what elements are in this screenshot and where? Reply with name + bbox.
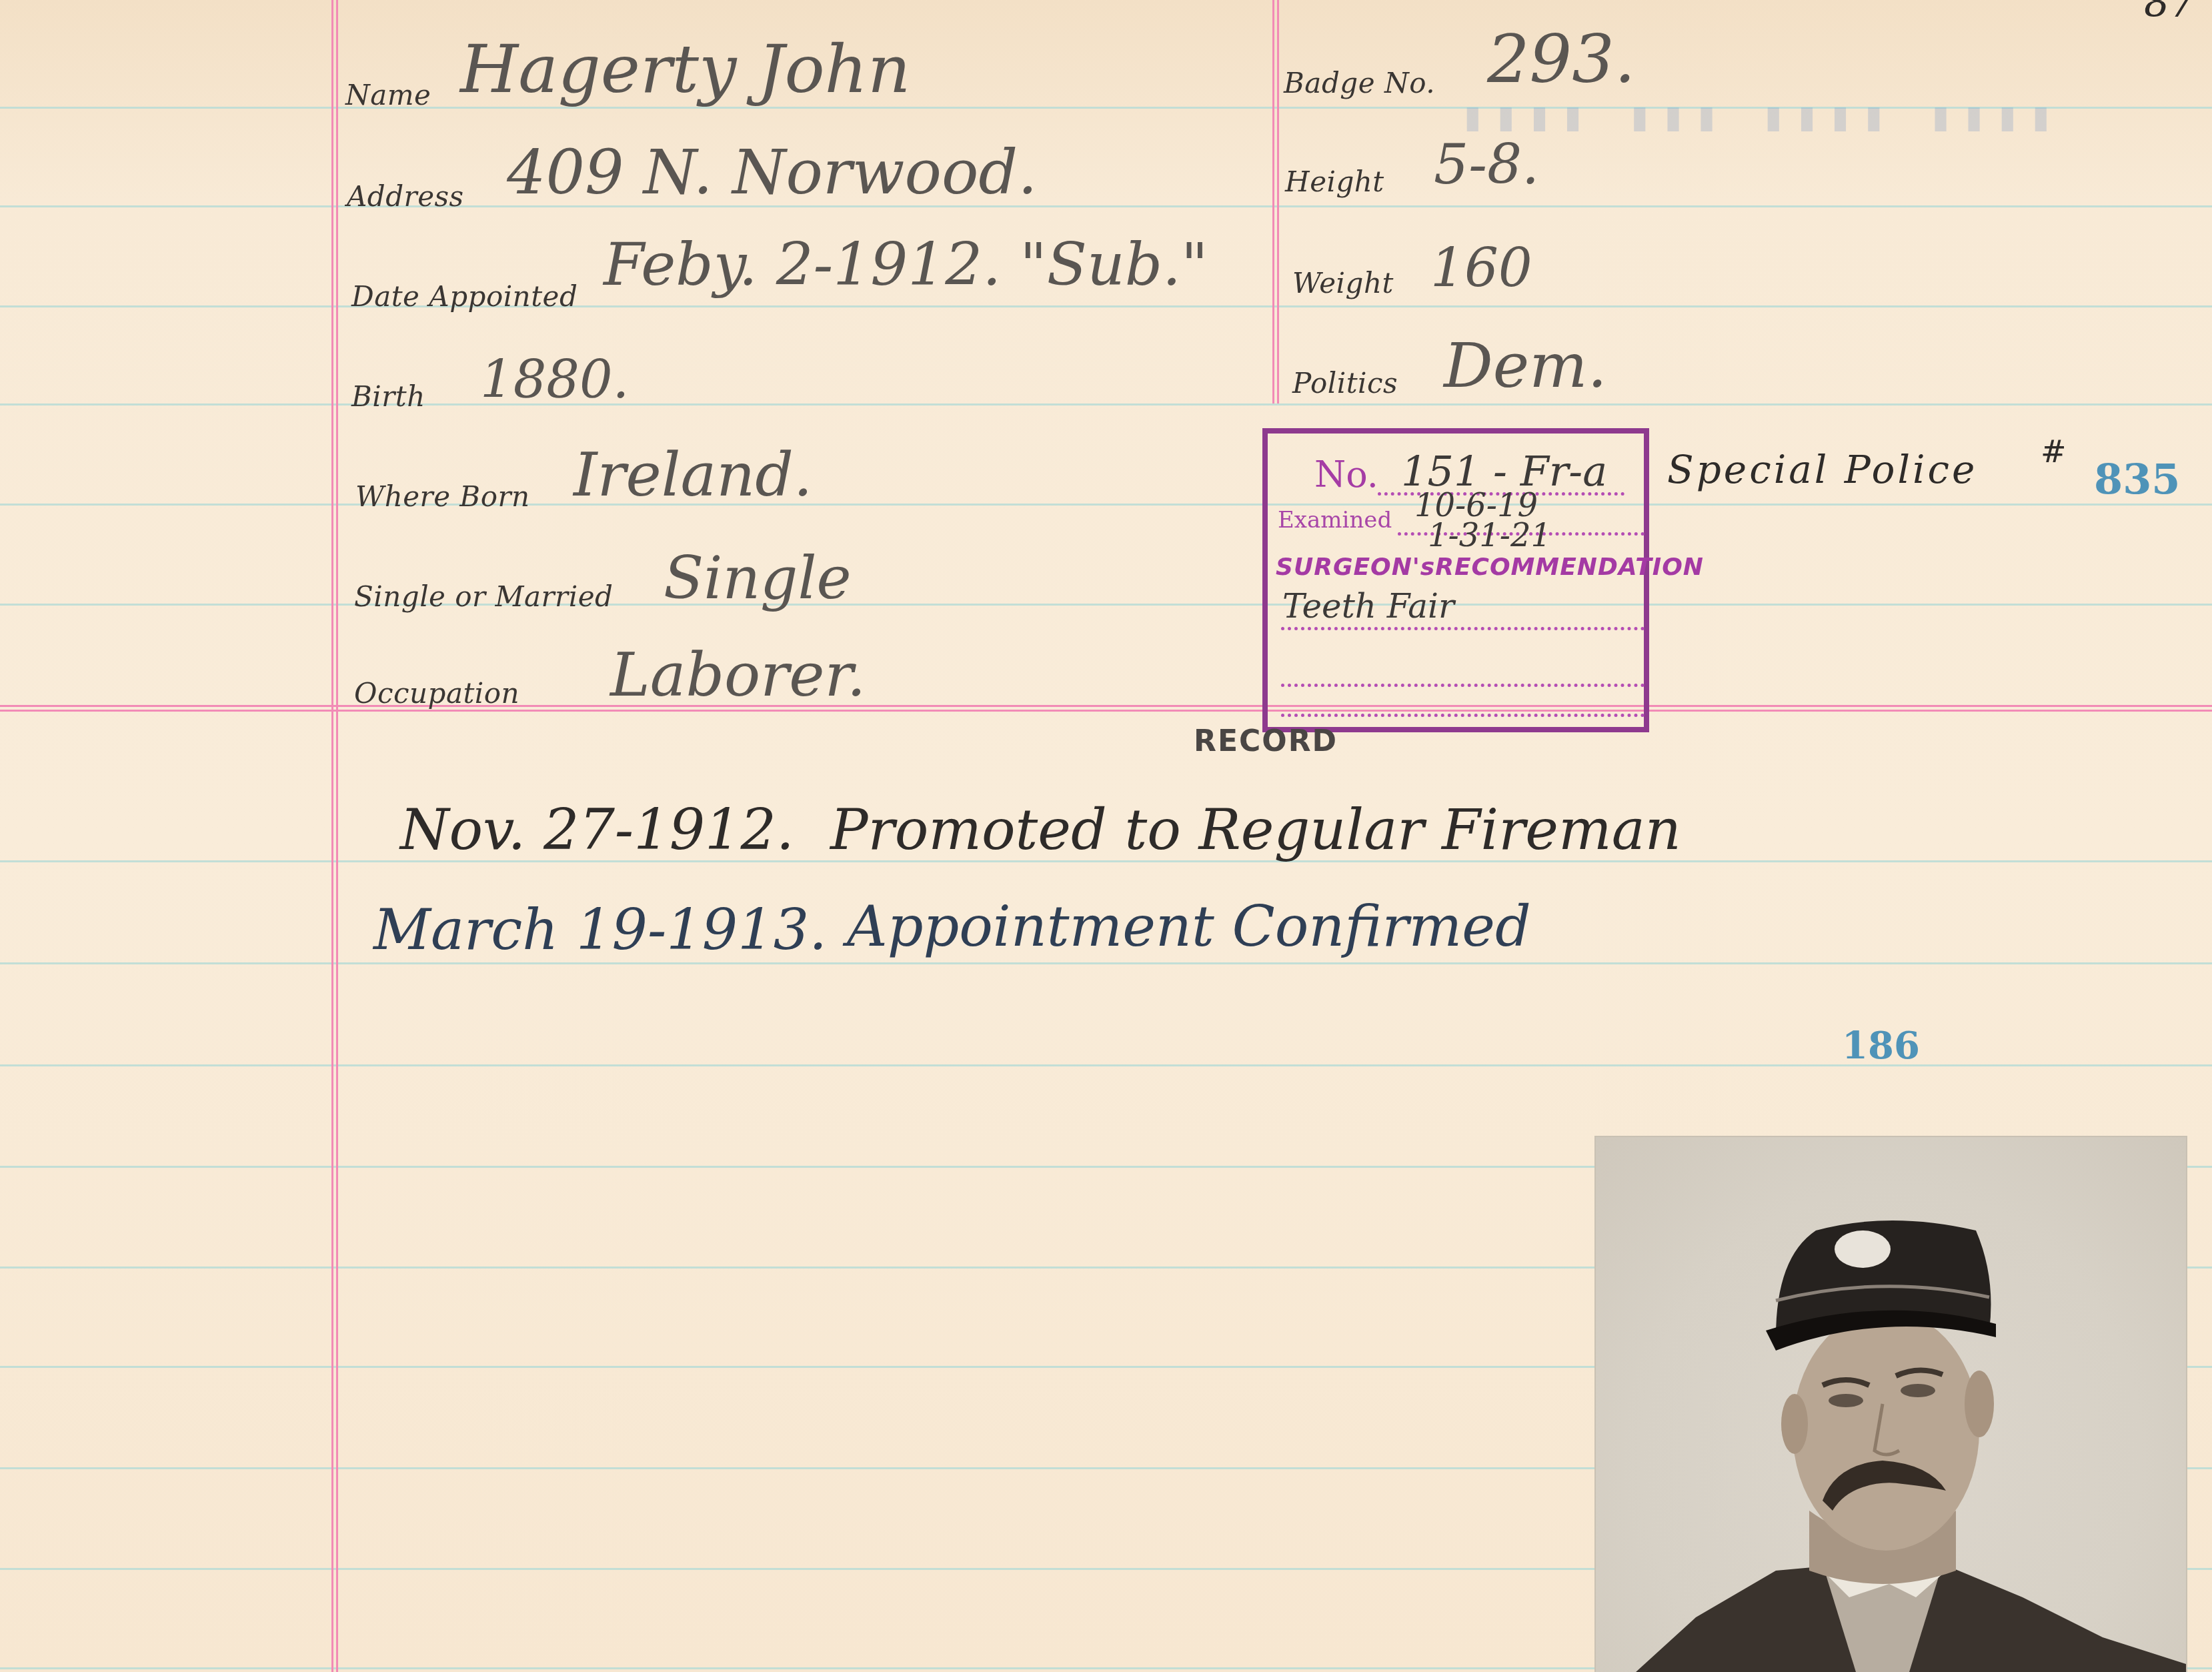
- single-or-married-value: Single: [664, 544, 852, 612]
- hash-symbol: #: [2041, 434, 2067, 470]
- examined-label: Examined: [1278, 507, 1392, 534]
- occupation-label: Occupation: [354, 677, 519, 710]
- where-born-label: Where Born: [355, 480, 530, 513]
- examined-date-2: 1-31-21: [1428, 517, 1551, 554]
- name-label: Name: [345, 79, 431, 111]
- corner-page-mark: 87: [2144, 0, 2195, 27]
- record-entry-date: Nov. 27-1912.: [400, 797, 794, 862]
- address-value: 409 N. Norwood.: [507, 137, 1037, 208]
- name-value: Hagerty John: [460, 30, 910, 108]
- record-entry-text: Promoted to Regular Fireman: [830, 797, 1681, 862]
- margin-line: [336, 0, 338, 1672]
- record-entry-text: Appointment Confirmed: [847, 894, 1531, 959]
- stamped-record-number: 186: [1842, 1024, 1920, 1068]
- surgeon-recommendation-stamp: No. 151 - Fr-a Examined 10-6-19 1-31-21 …: [1262, 428, 1649, 732]
- single-or-married-label: Single or Married: [354, 580, 613, 613]
- dotted-line: [1281, 684, 1644, 687]
- politics-value: Dem.: [1444, 330, 1607, 401]
- date-appointed-label: Date Appointed: [351, 280, 578, 313]
- column-divider-line: [1272, 0, 1274, 403]
- address-label: Address: [347, 180, 464, 213]
- dotted-line: [1281, 714, 1644, 717]
- badge-no-value: 293.: [1487, 20, 1636, 98]
- politics-label: Politics: [1292, 367, 1398, 399]
- record-card: 87 ▮▮▮▮ ▮▮▮ ▮▮▮▮ ▮▮▮▮ Name Hagerty John …: [0, 0, 2212, 1672]
- dotted-line: [1281, 627, 1644, 630]
- portrait-photo: [1596, 1137, 2186, 1672]
- offset-print-ghost: ▮▮▮▮ ▮▮▮ ▮▮▮▮ ▮▮▮▮: [1460, 93, 2127, 293]
- height-label: Height: [1285, 165, 1384, 198]
- special-police-note: Special Police: [1667, 447, 1977, 492]
- height-value: 5-8.: [1434, 133, 1539, 197]
- special-police-number: 835: [2094, 455, 2180, 504]
- occupation-value: Laborer.: [610, 640, 866, 710]
- weight-value: 160: [1430, 237, 1532, 299]
- date-appointed-value: Feby. 2-1912. "Sub.": [604, 230, 1208, 299]
- portrait-illustration: [1596, 1137, 2186, 1672]
- stamp-no-label: No.: [1314, 454, 1378, 496]
- weight-label: Weight: [1292, 267, 1394, 299]
- birth-value: 1880.: [480, 350, 629, 410]
- badge-no-label: Badge No.: [1284, 67, 1435, 99]
- birth-label: Birth: [351, 380, 425, 413]
- surgeon-recommendation-value: Teeth Fair: [1282, 587, 1454, 626]
- column-divider-line: [1277, 0, 1279, 403]
- margin-line: [331, 0, 333, 1672]
- surgeon-recommendation-label: SURGEON'sRECOMMENDATION: [1276, 554, 1704, 581]
- record-entry-date: March 19-1913.: [373, 897, 827, 962]
- record-heading: RECORD: [1194, 724, 1338, 758]
- where-born-value: Ireland.: [574, 440, 812, 510]
